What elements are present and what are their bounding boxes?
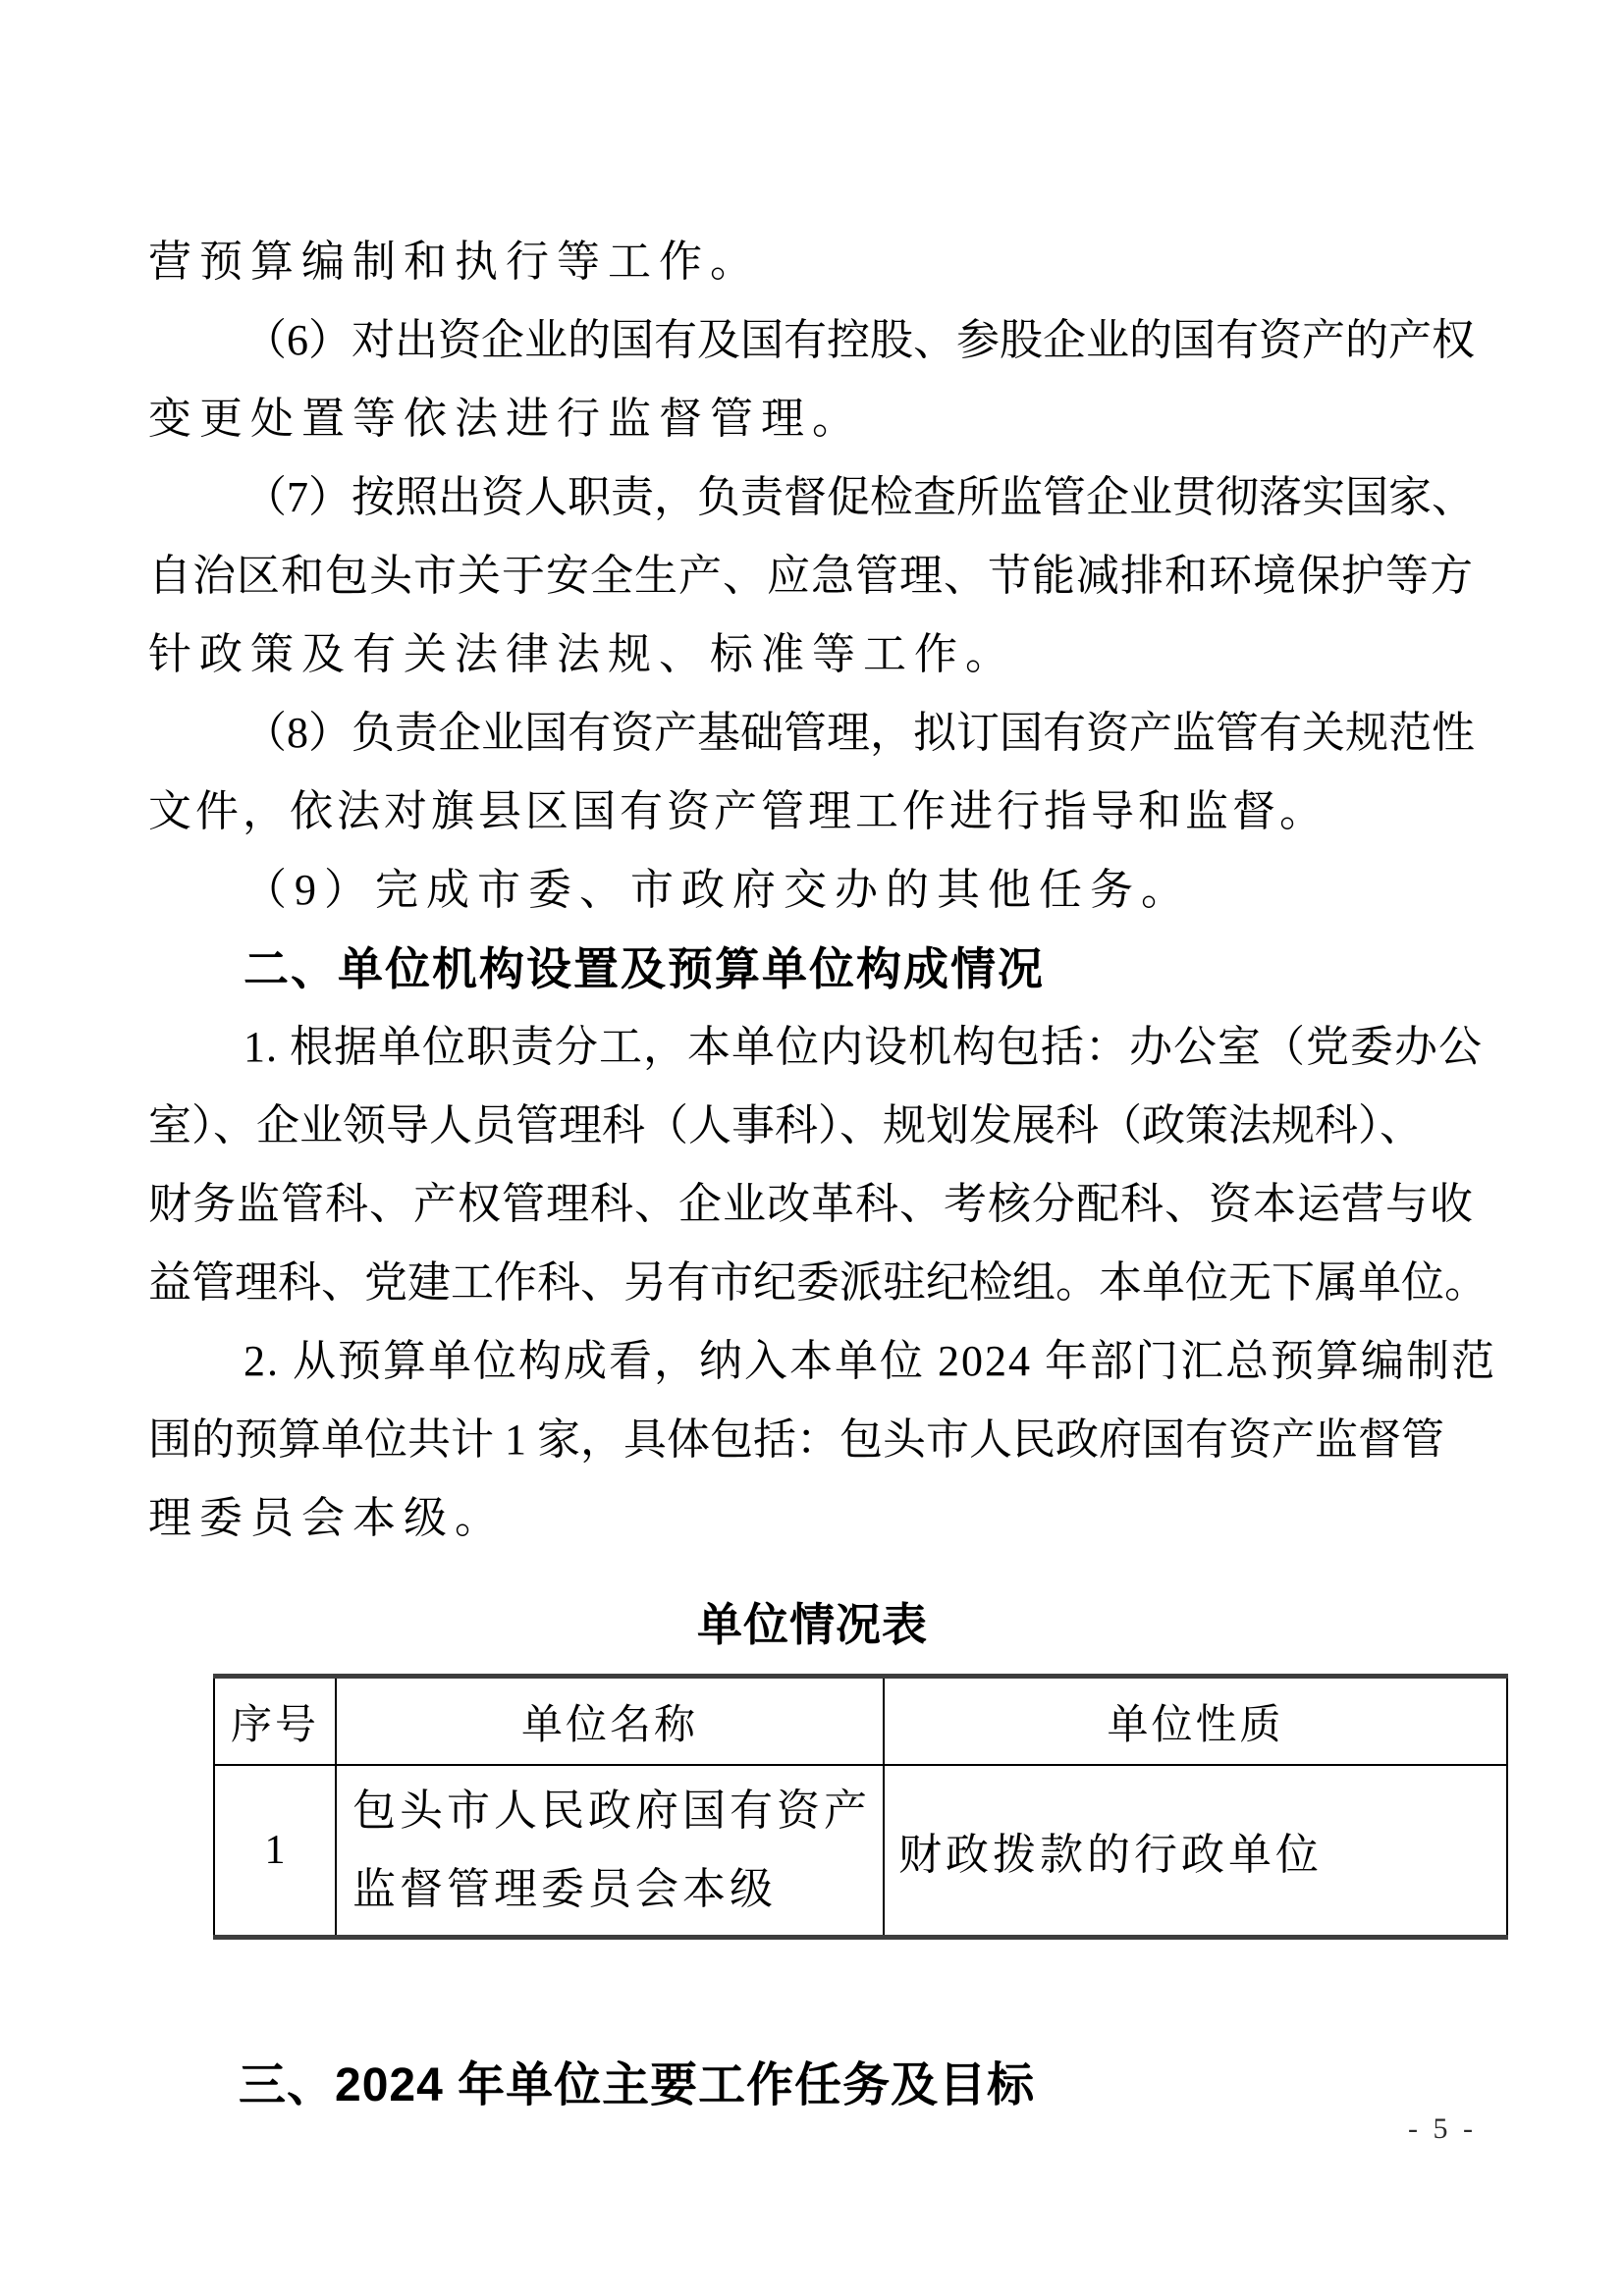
cell-nature: 财政拨款的行政单位 <box>884 1765 1507 1938</box>
body-line: 营预算编制和执行等工作。 <box>148 223 1477 301</box>
body-line: 围的预算单位共计 1 家，具体包括：包头市人民政府国有资产监督管 <box>148 1401 1477 1479</box>
body-line: 益管理科、党建工作科、另有市纪委派驻纪检组。本单位无下属单位。 <box>148 1244 1477 1322</box>
table-title: 单位情况表 <box>148 1585 1477 1664</box>
section-2-heading: 二、单位机构设置及预算单位构成情况 <box>148 930 1477 1008</box>
cell-index: 1 <box>214 1765 336 1938</box>
page-number: - 5 - <box>1408 2112 1477 2146</box>
body-line: （9）完成市委、市政府交办的其他任务。 <box>148 851 1477 930</box>
cell-name-line: 监督管理委员会本级 <box>352 1850 879 1929</box>
body-line: （7）按照出资人职责，负责督促检查所监管企业贯彻落实国家、 <box>148 458 1477 537</box>
body-line: （6）对出资企业的国有及国有控股、参股企业的国有资产的产权 <box>148 301 1477 380</box>
body-line: 财务监管科、产权管理科、企业改革科、考核分配科、资本运营与收 <box>148 1165 1477 1244</box>
col-header-nature: 单位性质 <box>884 1677 1507 1766</box>
document-body: 营预算编制和执行等工作。 （6）对出资企业的国有及国有控股、参股企业的国有资产的… <box>148 223 1477 2125</box>
body-line: 室）、企业领导人员管理科（人事科）、规划发展科（政策法规科）、 <box>148 1087 1477 1165</box>
section-3-heading: 三、2024 年单位主要工作任务及目标 <box>148 2047 1477 2125</box>
body-line: 1. 根据单位职责分工，本单位内设机构包括：办公室（党委办公 <box>148 1008 1477 1087</box>
document-page: 营预算编制和执行等工作。 （6）对出资企业的国有及国有控股、参股企业的国有资产的… <box>0 0 1624 2296</box>
col-header-index: 序号 <box>214 1677 336 1766</box>
units-table: 序号 单位名称 单位性质 1 包头市人民政府国有资产 监督管理委员会本级 财政拨… <box>213 1674 1508 1940</box>
body-line: 文件，依法对旗县区国有资产管理工作进行指导和监督。 <box>148 773 1477 851</box>
body-line: （8）负责企业国有资产基础管理，拟订国有资产监管有关规范性 <box>148 694 1477 773</box>
cell-name: 包头市人民政府国有资产 监督管理委员会本级 <box>336 1765 884 1938</box>
body-line: 理委员会本级。 <box>148 1479 1477 1558</box>
body-line: 2. 从预算单位构成看，纳入本单位 2024 年部门汇总预算编制范 <box>148 1322 1477 1401</box>
table-row: 1 包头市人民政府国有资产 监督管理委员会本级 财政拨款的行政单位 <box>214 1765 1507 1938</box>
body-line: 变更处置等依法进行监督管理。 <box>148 380 1477 458</box>
table-header-row: 序号 单位名称 单位性质 <box>214 1677 1507 1766</box>
body-line: 针政策及有关法律法规、标准等工作。 <box>148 615 1477 694</box>
col-header-name: 单位名称 <box>336 1677 884 1766</box>
cell-name-line: 包头市人民政府国有资产 <box>352 1772 879 1850</box>
body-line: 自治区和包头市关于安全生产、应急管理、节能减排和环境保护等方 <box>148 537 1477 615</box>
